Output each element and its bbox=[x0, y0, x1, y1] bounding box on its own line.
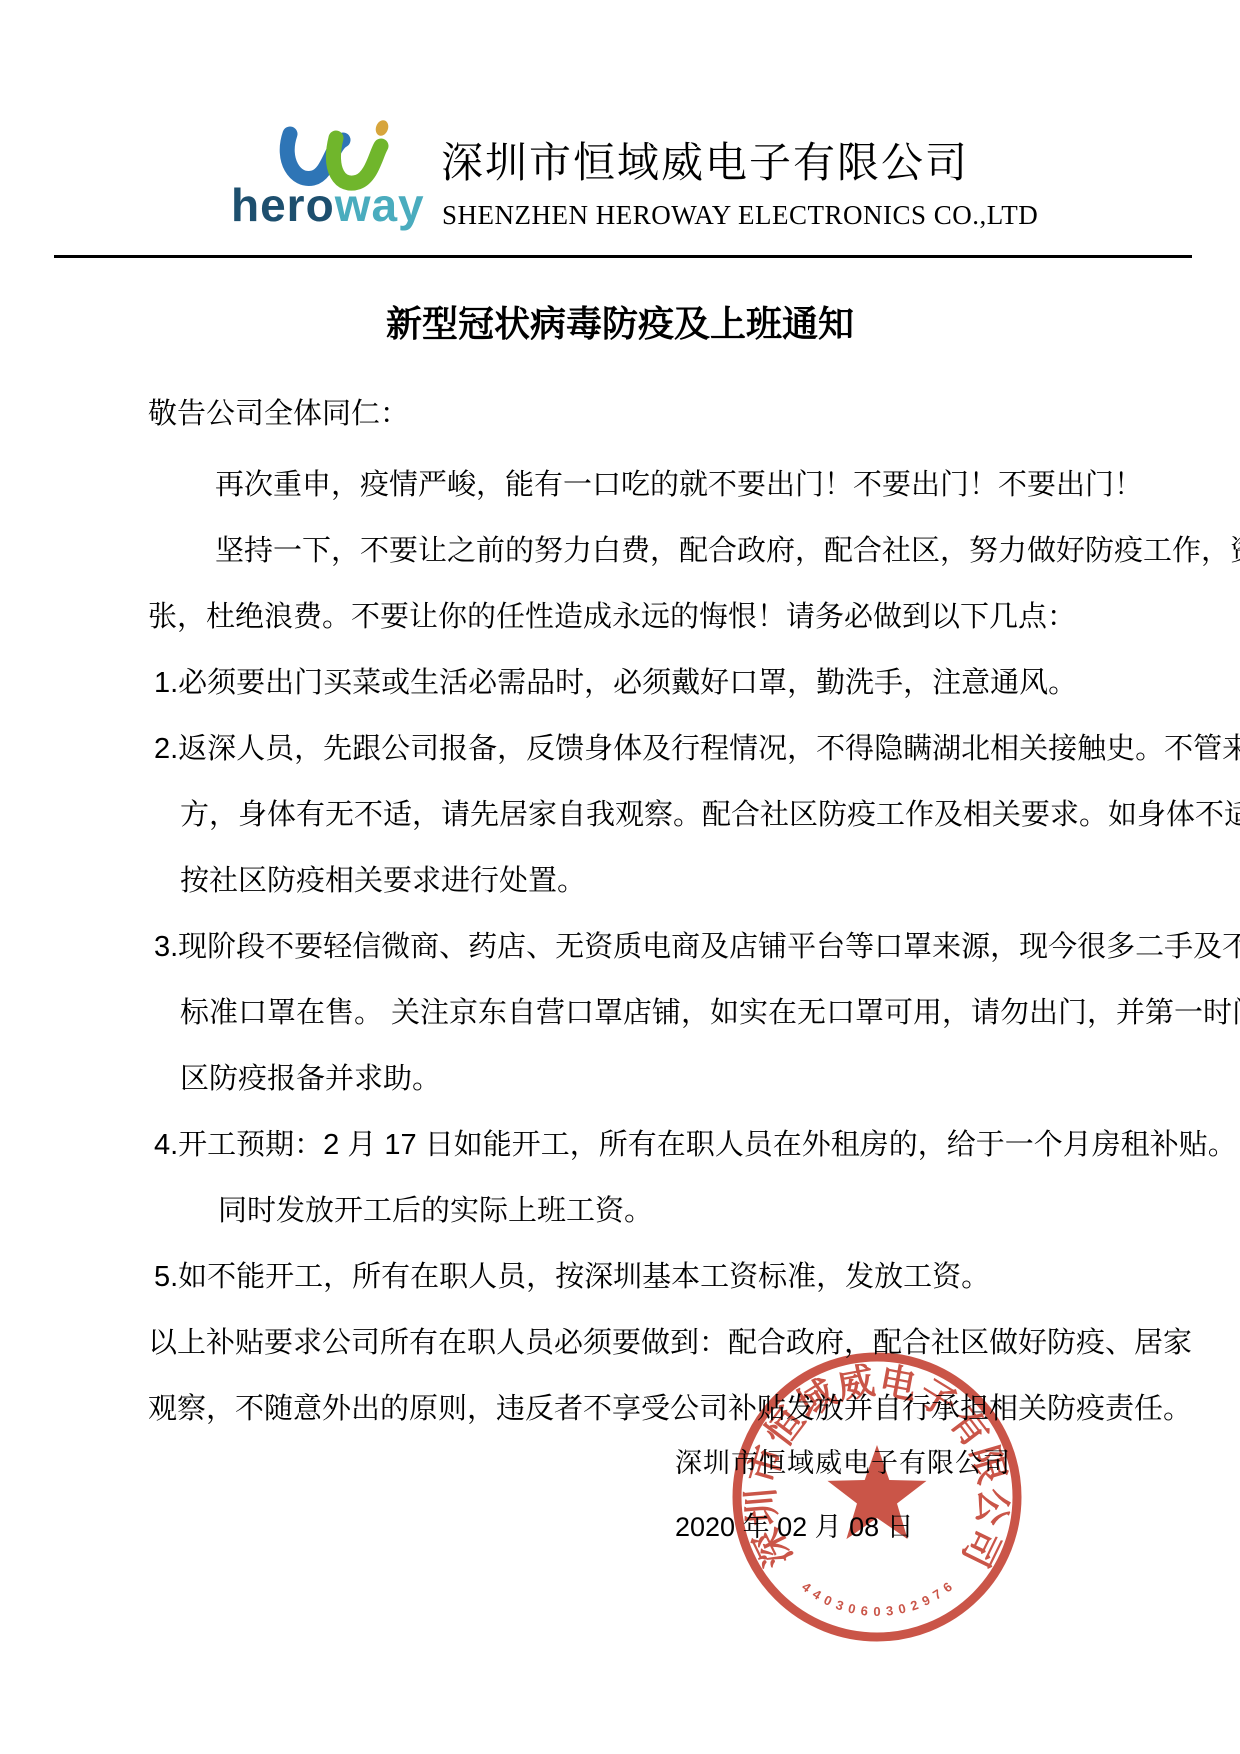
body-line: 同时发放开工后的实际上班工资。 bbox=[148, 1178, 1108, 1244]
company-name-cn: 深圳市恒域威电子有限公司 bbox=[441, 130, 969, 190]
seal-serial-number: 4403060302976 bbox=[799, 1579, 955, 1619]
body-line: 4.开工预期：2 月 17 日如能开工，所有在职人员在外租房的，给于一个月房租补… bbox=[148, 1112, 1108, 1178]
seal-char: 9 bbox=[920, 1592, 933, 1609]
body-line: 区防疫报备并求助。 bbox=[148, 1046, 1108, 1112]
body-line: 标准口罩在售。 关注京东自营口罩店铺，如实在无口罩可用，请勿出门，并第一时间向社 bbox=[148, 980, 1108, 1046]
seal-char: 0 bbox=[822, 1592, 835, 1609]
body-line: 按社区防疫相关要求进行处置。 bbox=[148, 848, 1108, 914]
body-line: 3.现阶段不要轻信微商、药店、无资质电商及店铺平台等口罩来源，现今很多二手及不符… bbox=[148, 914, 1108, 980]
seal-char: 电 bbox=[876, 1360, 920, 1407]
body-line: 2.返深人员，先跟公司报备，反馈身体及行程情况，不得隐瞒湖北相关接触史。不管来自… bbox=[148, 716, 1108, 782]
logo-wave-green bbox=[333, 138, 381, 183]
body-line: 方，身体有无不适，请先居家自我观察。配合社区防疫工作及相关要求。如身体不适，请 bbox=[148, 782, 1108, 848]
body-line: 5.如不能开工，所有在职人员，按深圳基本工资标准，发放工资。 bbox=[148, 1244, 1108, 1310]
seal-char: 0 bbox=[873, 1604, 880, 1619]
logo-text-hero: hero bbox=[231, 179, 335, 231]
company-seal-stamp: 深圳市恒域威电子有限公司 4403060302976 bbox=[716, 1336, 1038, 1658]
seal-star bbox=[828, 1445, 927, 1539]
seal-char: 3 bbox=[885, 1603, 894, 1619]
body-line: 坚持一下，不要让之前的努力白费，配合政府，配合社区，努力做好防疫工作，资源紧 bbox=[148, 518, 1108, 584]
notice-title: 新型冠状病毒防疫及上班通知 bbox=[0, 296, 1240, 347]
header-divider bbox=[54, 255, 1192, 258]
seal-char: 0 bbox=[847, 1601, 857, 1617]
body-line: 再次重申，疫情严峻，能有一口吃的就不要出门！不要出门！不要出门！ bbox=[148, 452, 1108, 518]
salutation: 敬告公司全体同仁： bbox=[148, 396, 409, 432]
seal-char: 0 bbox=[897, 1601, 907, 1617]
body-line: 1.必须要出门买菜或生活必需品时，必须戴好口罩，勤洗手，注意通风。 bbox=[148, 650, 1108, 716]
seal-char: 4 bbox=[810, 1586, 825, 1603]
logo-text-way: way bbox=[335, 179, 425, 231]
seal-char: 6 bbox=[860, 1603, 869, 1619]
logo-wordmark: heroway bbox=[231, 178, 425, 232]
seal-char: 7 bbox=[930, 1586, 944, 1603]
logo-gold-dot bbox=[374, 118, 390, 137]
seal-char: 圳 bbox=[740, 1487, 784, 1527]
company-name-en: SHENZHEN HEROWAY ELECTRONICS CO.,LTD bbox=[442, 200, 1038, 231]
seal-char: 威 bbox=[834, 1360, 878, 1407]
document-page: heroway 深圳市恒域威电子有限公司 SHENZHEN HEROWAY EL… bbox=[0, 0, 1240, 1754]
body-line: 张，杜绝浪费。不要让你的任性造成永远的悔恨！请务必做到以下几点： bbox=[148, 584, 1108, 650]
body-lines: 再次重申，疫情严峻，能有一口吃的就不要出门！不要出门！不要出门！坚持一下，不要让… bbox=[148, 452, 1108, 1442]
seal-char: 公 bbox=[970, 1487, 1014, 1527]
seal-char: 3 bbox=[834, 1597, 846, 1614]
seal-char: 6 bbox=[940, 1579, 955, 1595]
seal-char: 2 bbox=[908, 1597, 920, 1614]
